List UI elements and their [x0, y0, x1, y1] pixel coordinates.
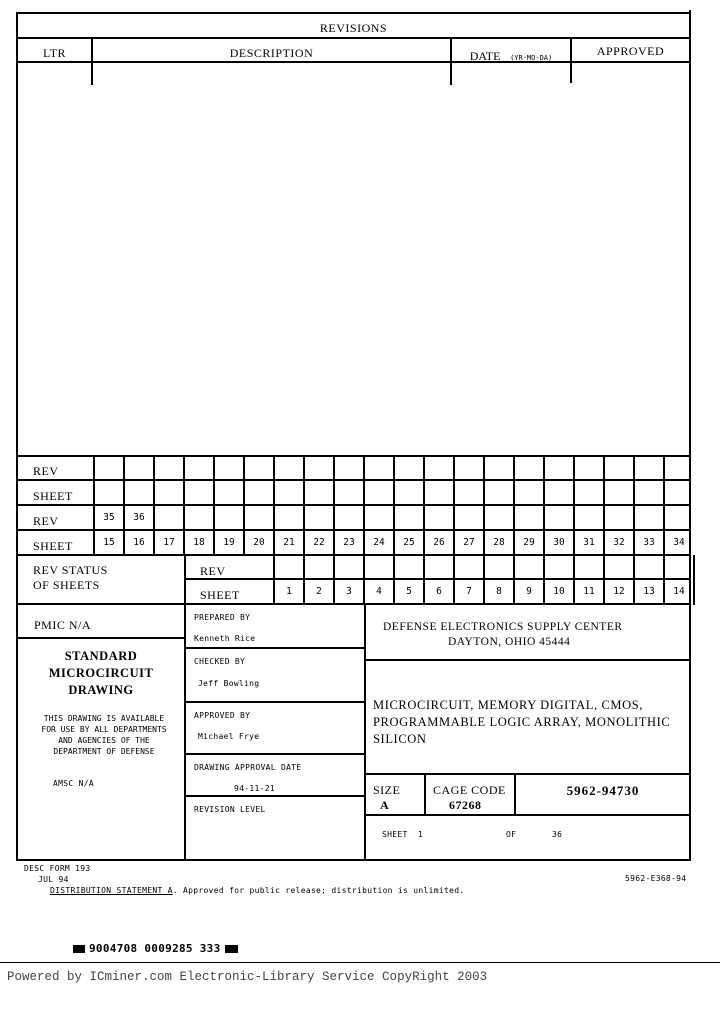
- status-sheet-cell: 12: [604, 586, 634, 597]
- grid-line: [543, 555, 545, 605]
- document-code: 5962-E368-94: [625, 874, 686, 883]
- title-block-divider: [185, 647, 365, 649]
- sheet-number: 1: [418, 830, 423, 839]
- grid-line: [333, 555, 335, 605]
- status-sheet-cell: 1: [274, 586, 304, 597]
- sheet-cell: 27: [454, 537, 484, 548]
- agency-line1: DEFENSE ELECTRONICS SUPPLY CENTER: [383, 621, 623, 633]
- barcode-line: 9004708 0009285 333: [73, 942, 238, 955]
- title-block-divider: [365, 814, 691, 816]
- sheet-label-2: SHEET: [33, 539, 73, 554]
- standard-title-line1: STANDARD: [18, 648, 184, 665]
- barcode-text: 9004708 0009285 333: [89, 942, 221, 955]
- rev-cell: 36: [124, 512, 154, 523]
- sheet-cell: 31: [574, 537, 604, 548]
- standard-microcircuit-drawing-title: STANDARD MICROCIRCUIT DRAWING: [18, 648, 184, 699]
- barcode-block-left-icon: [73, 945, 85, 953]
- grid-line: [633, 555, 635, 605]
- sheet-cell: 29: [514, 537, 544, 548]
- barcode-block-right-icon: [225, 945, 238, 953]
- title-block-divider: [185, 753, 365, 755]
- rev-label-1: REV: [33, 464, 59, 479]
- status-sheet-cell: 8: [484, 586, 514, 597]
- sheet-cell: 26: [424, 537, 454, 548]
- grid-line: [603, 555, 605, 605]
- date-format-label: (YR-MO-DA): [510, 54, 552, 62]
- grid-line: [16, 529, 691, 531]
- drawing-title-line3: SILICON: [373, 731, 670, 748]
- title-block-divider: [365, 773, 691, 775]
- status-sheet-cell: 3: [334, 586, 364, 597]
- revisions-header-date: DATE (YR-MO-DA): [452, 45, 570, 64]
- drawing-number: 5962-94730: [516, 783, 690, 799]
- size-value: A: [380, 798, 389, 813]
- sheet-label: SHEET: [382, 830, 408, 839]
- grid-line: [513, 555, 515, 605]
- sheet-cell: 30: [544, 537, 574, 548]
- grid-line: [16, 603, 691, 605]
- frame-top-border: [16, 12, 691, 14]
- revisions-title: REVISIONS: [18, 21, 689, 36]
- sheet-cell: 33: [634, 537, 664, 548]
- grid-line: [363, 555, 365, 605]
- status-sheet-cell: 5: [394, 586, 424, 597]
- drawing-title-line1: MICROCIRCUIT, MEMORY DIGITAL, CMOS,: [373, 697, 670, 714]
- grid-line: [663, 555, 665, 605]
- total-sheets: 36: [552, 830, 562, 839]
- cage-code-value: 67268: [449, 798, 482, 813]
- of-label: OF: [506, 830, 516, 839]
- availability-line: DEPARTMENT OF DEFENSE: [18, 746, 190, 757]
- grid-line: [184, 555, 186, 605]
- status-sheet-cell: 4: [364, 586, 394, 597]
- availability-line: AND AGENCIES OF THE: [18, 735, 190, 746]
- standard-title-line3: DRAWING: [18, 682, 184, 699]
- grid-line: [393, 555, 395, 605]
- status-sheet-cell: 9: [514, 586, 544, 597]
- status-sheet-cell: 6: [424, 586, 454, 597]
- grid-line: [573, 555, 575, 605]
- rev-label-2: REV: [33, 514, 59, 529]
- agency-line2: DAYTON, OHIO 45444: [448, 636, 570, 648]
- form-number: DESC FORM 193: [24, 864, 91, 873]
- availability-line: THIS DRAWING IS AVAILABLE: [18, 713, 190, 724]
- rev-status-label-line1: REV STATUS: [33, 563, 108, 578]
- checked-by-value: Jeff Bowling: [198, 679, 259, 688]
- rev-cell: 35: [94, 512, 124, 523]
- pmic-label: PMIC N/A: [34, 618, 91, 633]
- title-block-divider: [185, 701, 365, 703]
- sheet-cell: 34: [664, 537, 694, 548]
- amsc-label: AMSC N/A: [53, 779, 94, 788]
- frame-right-border: [689, 10, 691, 861]
- rev-status-label-line2: OF SHEETS: [33, 578, 100, 593]
- size-label: SIZE: [373, 783, 400, 798]
- grid-line: [16, 554, 691, 556]
- drawing-title-line2: PROGRAMMABLE LOGIC ARRAY, MONOLITHIC: [373, 714, 670, 731]
- standard-title-line2: MICROCIRCUIT: [18, 665, 184, 682]
- sheet-cell: 28: [484, 537, 514, 548]
- sheet-cell: 24: [364, 537, 394, 548]
- status-sheet-cell: 11: [574, 586, 604, 597]
- distribution-label: DISTRIBUTION STATEMENT A: [50, 886, 173, 895]
- grid-line: [303, 555, 305, 605]
- status-sheet-cell: 13: [634, 586, 664, 597]
- sheet-label-1: SHEET: [33, 489, 73, 504]
- sheet-cell: 19: [214, 537, 244, 548]
- prepared-by-value: Kenneth Rice: [194, 634, 255, 643]
- form-date: JUL 94: [38, 875, 69, 884]
- sheet-cell: 32: [604, 537, 634, 548]
- sheet-cell: 21: [274, 537, 304, 548]
- approval-date-value: 94-11-21: [234, 784, 275, 793]
- status-sheet-label: SHEET: [200, 588, 240, 603]
- approval-date-label: DRAWING APPROVAL DATE: [194, 763, 301, 772]
- cage-code-label: CAGE CODE: [433, 783, 506, 798]
- distribution-text: . Approved for public release; distribut…: [173, 886, 465, 895]
- prepared-by-label: PREPARED BY: [194, 613, 250, 622]
- grid-line: [16, 504, 691, 506]
- availability-line: FOR USE BY ALL DEPARTMENTS: [18, 724, 190, 735]
- title-block-divider: [365, 659, 691, 661]
- revisions-header-ltr: LTR: [18, 46, 91, 61]
- approved-by-label: APPROVED BY: [194, 711, 250, 720]
- grid-line: [16, 455, 691, 457]
- title-block-divider: [185, 795, 365, 797]
- title-block-divider: [364, 604, 366, 860]
- date-label: DATE: [470, 49, 501, 63]
- sheet-cell: 23: [334, 537, 364, 548]
- drawing-title: MICROCIRCUIT, MEMORY DIGITAL, CMOS, PROG…: [373, 697, 670, 748]
- sheet-cell: 25: [394, 537, 424, 548]
- revisions-header-approved: APPROVED: [572, 44, 689, 59]
- status-sheet-cell: 7: [454, 586, 484, 597]
- sheet-cell: 22: [304, 537, 334, 548]
- grid-line: [483, 555, 485, 605]
- frame-bottom-border: [16, 859, 691, 861]
- revisions-header-description: DESCRIPTION: [93, 46, 450, 61]
- sheet-cell: 20: [244, 537, 274, 548]
- distribution-statement: DISTRIBUTION STATEMENT A. Approved for p…: [50, 886, 464, 895]
- title-block-divider: [424, 774, 426, 815]
- grid-line: [453, 555, 455, 605]
- sheet-cell: 17: [154, 537, 184, 548]
- grid-line: [184, 578, 691, 580]
- revisions-header-bottom: [16, 61, 691, 63]
- status-rev-label: REV: [200, 564, 226, 579]
- footer-divider: [0, 962, 720, 963]
- revision-level-label: REVISION LEVEL: [194, 805, 266, 814]
- grid-line: [273, 555, 275, 605]
- sheet-cell: 15: [94, 537, 124, 548]
- approved-by-value: Michael Frye: [198, 732, 259, 741]
- status-sheet-cell: 14: [664, 586, 694, 597]
- powered-by-text: Powered by ICminer.com Electronic-Librar…: [7, 970, 487, 984]
- grid-line: [16, 479, 691, 481]
- availability-notice: THIS DRAWING IS AVAILABLE FOR USE BY ALL…: [18, 713, 190, 757]
- sheet-cell: 18: [184, 537, 214, 548]
- status-sheet-cell: 2: [304, 586, 334, 597]
- grid-line: [423, 555, 425, 605]
- checked-by-label: CHECKED BY: [194, 657, 245, 666]
- title-block-divider: [16, 637, 186, 639]
- status-sheet-cell: 10: [544, 586, 574, 597]
- revisions-divider: [16, 37, 691, 39]
- grid-line: [693, 555, 695, 605]
- sheet-cell: 16: [124, 537, 154, 548]
